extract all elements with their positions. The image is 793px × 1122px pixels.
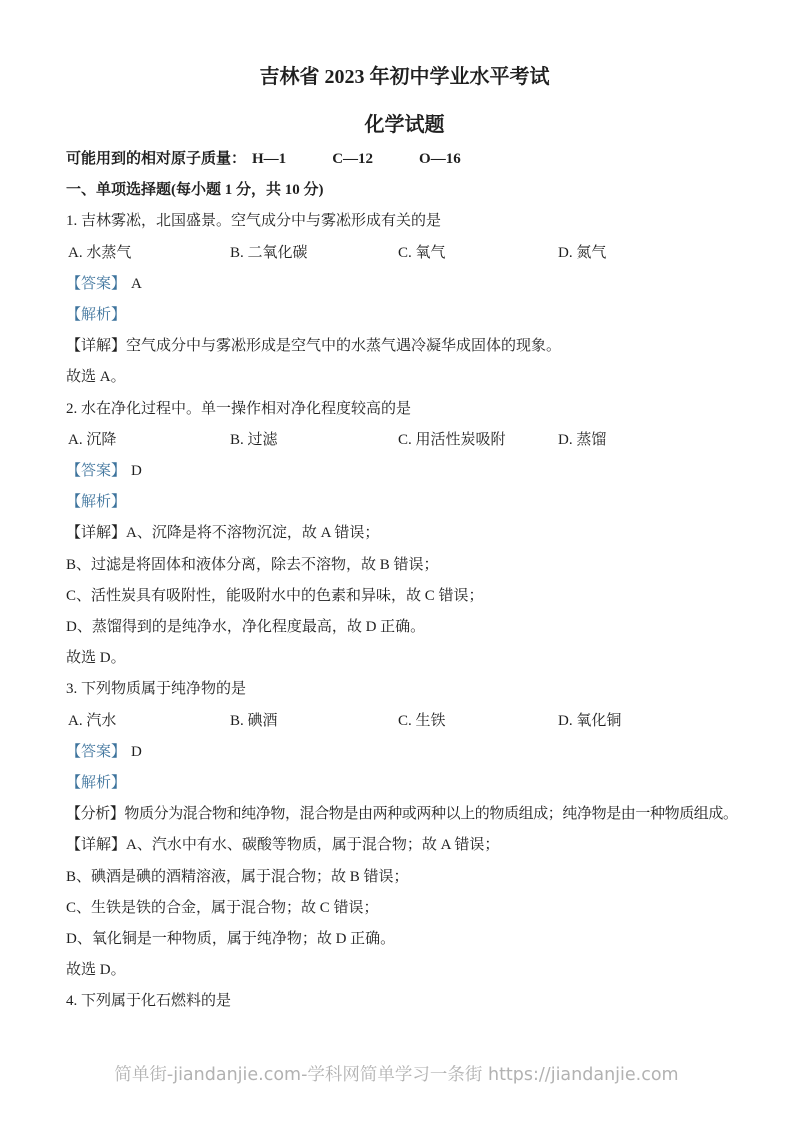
analysis-line: 【分析】物质分为混合物和纯净物，混合物是由两种或两种以上的物质组成；纯净物是由一… <box>66 799 743 830</box>
question-1: 1. 吉林雾凇，北国盛景。空气成分中与雾凇形成有关的是 A. 水蒸气 B. 二氧… <box>66 206 743 393</box>
option-b: B. 二氧化碳 <box>230 238 398 269</box>
options-row: A. 汽水 B. 碘酒 C. 生铁 D. 氧化铜 <box>66 706 743 737</box>
options-row: A. 沉降 B. 过滤 C. 用活性炭吸附 D. 蒸馏 <box>66 425 743 456</box>
analysis-label: 【解析】 <box>66 775 126 791</box>
detail-line: C、活性炭具有吸附性，能吸附水中的色素和异味，故 C 错误； <box>66 581 743 612</box>
option-c: C. 生铁 <box>398 706 558 737</box>
exam-subtitle: 化学试题 <box>66 108 743 142</box>
footer-watermark: 简单街-jiandanjie.com-学科网简单学习一条街 https://ji… <box>0 1060 793 1090</box>
atomic-mass-line: 可能用到的相对原子质量：H—1C—12O—16 <box>66 144 743 175</box>
analysis-label: 【解析】 <box>66 494 126 510</box>
answer-value: A <box>131 276 142 292</box>
atomic-mass-label: 可能用到的相对原子质量： <box>66 151 246 167</box>
detail-line: 【详解】空气成分中与雾凇形成是空气中的水蒸气遇冷凝华成固体的现象。 <box>66 331 743 362</box>
answer-label: 【答案】 <box>66 744 126 760</box>
analysis-label: 【解析】 <box>66 307 126 323</box>
question-stem: 2. 水在净化过程中。单一操作相对净化程度较高的是 <box>66 394 743 425</box>
analysis-label-line: 【解析】 <box>66 768 743 799</box>
detail-line: 【详解】A、沉降是将不溶物沉淀，故 A 错误； <box>66 518 743 549</box>
option-a: A. 汽水 <box>68 706 230 737</box>
conclusion-line: 故选 A。 <box>66 362 743 393</box>
option-d: D. 氧化铜 <box>558 706 743 737</box>
analysis-label-line: 【解析】 <box>66 487 743 518</box>
option-d: D. 氮气 <box>558 238 743 269</box>
question-stem: 1. 吉林雾凇，北国盛景。空气成分中与雾凇形成有关的是 <box>66 206 743 237</box>
detail-line: C、生铁是铁的合金，属于混合物；故 C 错误； <box>66 893 743 924</box>
question-2: 2. 水在净化过程中。单一操作相对净化程度较高的是 A. 沉降 B. 过滤 C.… <box>66 394 743 675</box>
answer-value: D <box>131 463 142 479</box>
option-b: B. 过滤 <box>230 425 398 456</box>
options-row: A. 水蒸气 B. 二氧化碳 C. 氧气 D. 氮气 <box>66 238 743 269</box>
option-a: A. 沉降 <box>68 425 230 456</box>
conclusion-line: 故选 D。 <box>66 643 743 674</box>
exam-page: 吉林省 2023 年初中学业水平考试 化学试题 可能用到的相对原子质量：H—1C… <box>0 0 793 1018</box>
analysis-label-line: 【解析】 <box>66 300 743 331</box>
detail-line: 【详解】A、汽水中有水、碳酸等物质，属于混合物；故 A 错误； <box>66 830 743 861</box>
answer-line: 【答案】D <box>66 456 743 487</box>
atomic-mass-item-h: H—1 <box>252 144 286 175</box>
atomic-mass-item-c: C—12 <box>332 144 373 175</box>
option-d: D. 蒸馏 <box>558 425 743 456</box>
answer-label: 【答案】 <box>66 276 126 292</box>
detail-line: D、氧化铜是一种物质，属于纯净物；故 D 正确。 <box>66 924 743 955</box>
detail-line: D、蒸馏得到的是纯净水，净化程度最高，故 D 正确。 <box>66 612 743 643</box>
exam-title: 吉林省 2023 年初中学业水平考试 <box>66 60 743 94</box>
option-a: A. 水蒸气 <box>68 238 230 269</box>
detail-line: B、过滤是将固体和液体分离，除去不溶物，故 B 错误； <box>66 550 743 581</box>
answer-line: 【答案】A <box>66 269 743 300</box>
question-4: 4. 下列属于化石燃料的是 <box>66 986 743 1017</box>
option-c: C. 氧气 <box>398 238 558 269</box>
answer-value: D <box>131 744 142 760</box>
answer-line: 【答案】D <box>66 737 743 768</box>
question-stem: 3. 下列物质属于纯净物的是 <box>66 674 743 705</box>
conclusion-line: 故选 D。 <box>66 955 743 986</box>
atomic-mass-item-o: O—16 <box>419 144 461 175</box>
detail-line: B、碘酒是碘的酒精溶液，属于混合物；故 B 错误； <box>66 862 743 893</box>
option-c: C. 用活性炭吸附 <box>398 425 558 456</box>
option-b: B. 碘酒 <box>230 706 398 737</box>
question-stem: 4. 下列属于化石燃料的是 <box>66 986 743 1017</box>
question-3: 3. 下列物质属于纯净物的是 A. 汽水 B. 碘酒 C. 生铁 D. 氧化铜 … <box>66 674 743 986</box>
answer-label: 【答案】 <box>66 463 126 479</box>
section-heading: 一、单项选择题(每小题 1 分，共 10 分) <box>66 175 743 206</box>
